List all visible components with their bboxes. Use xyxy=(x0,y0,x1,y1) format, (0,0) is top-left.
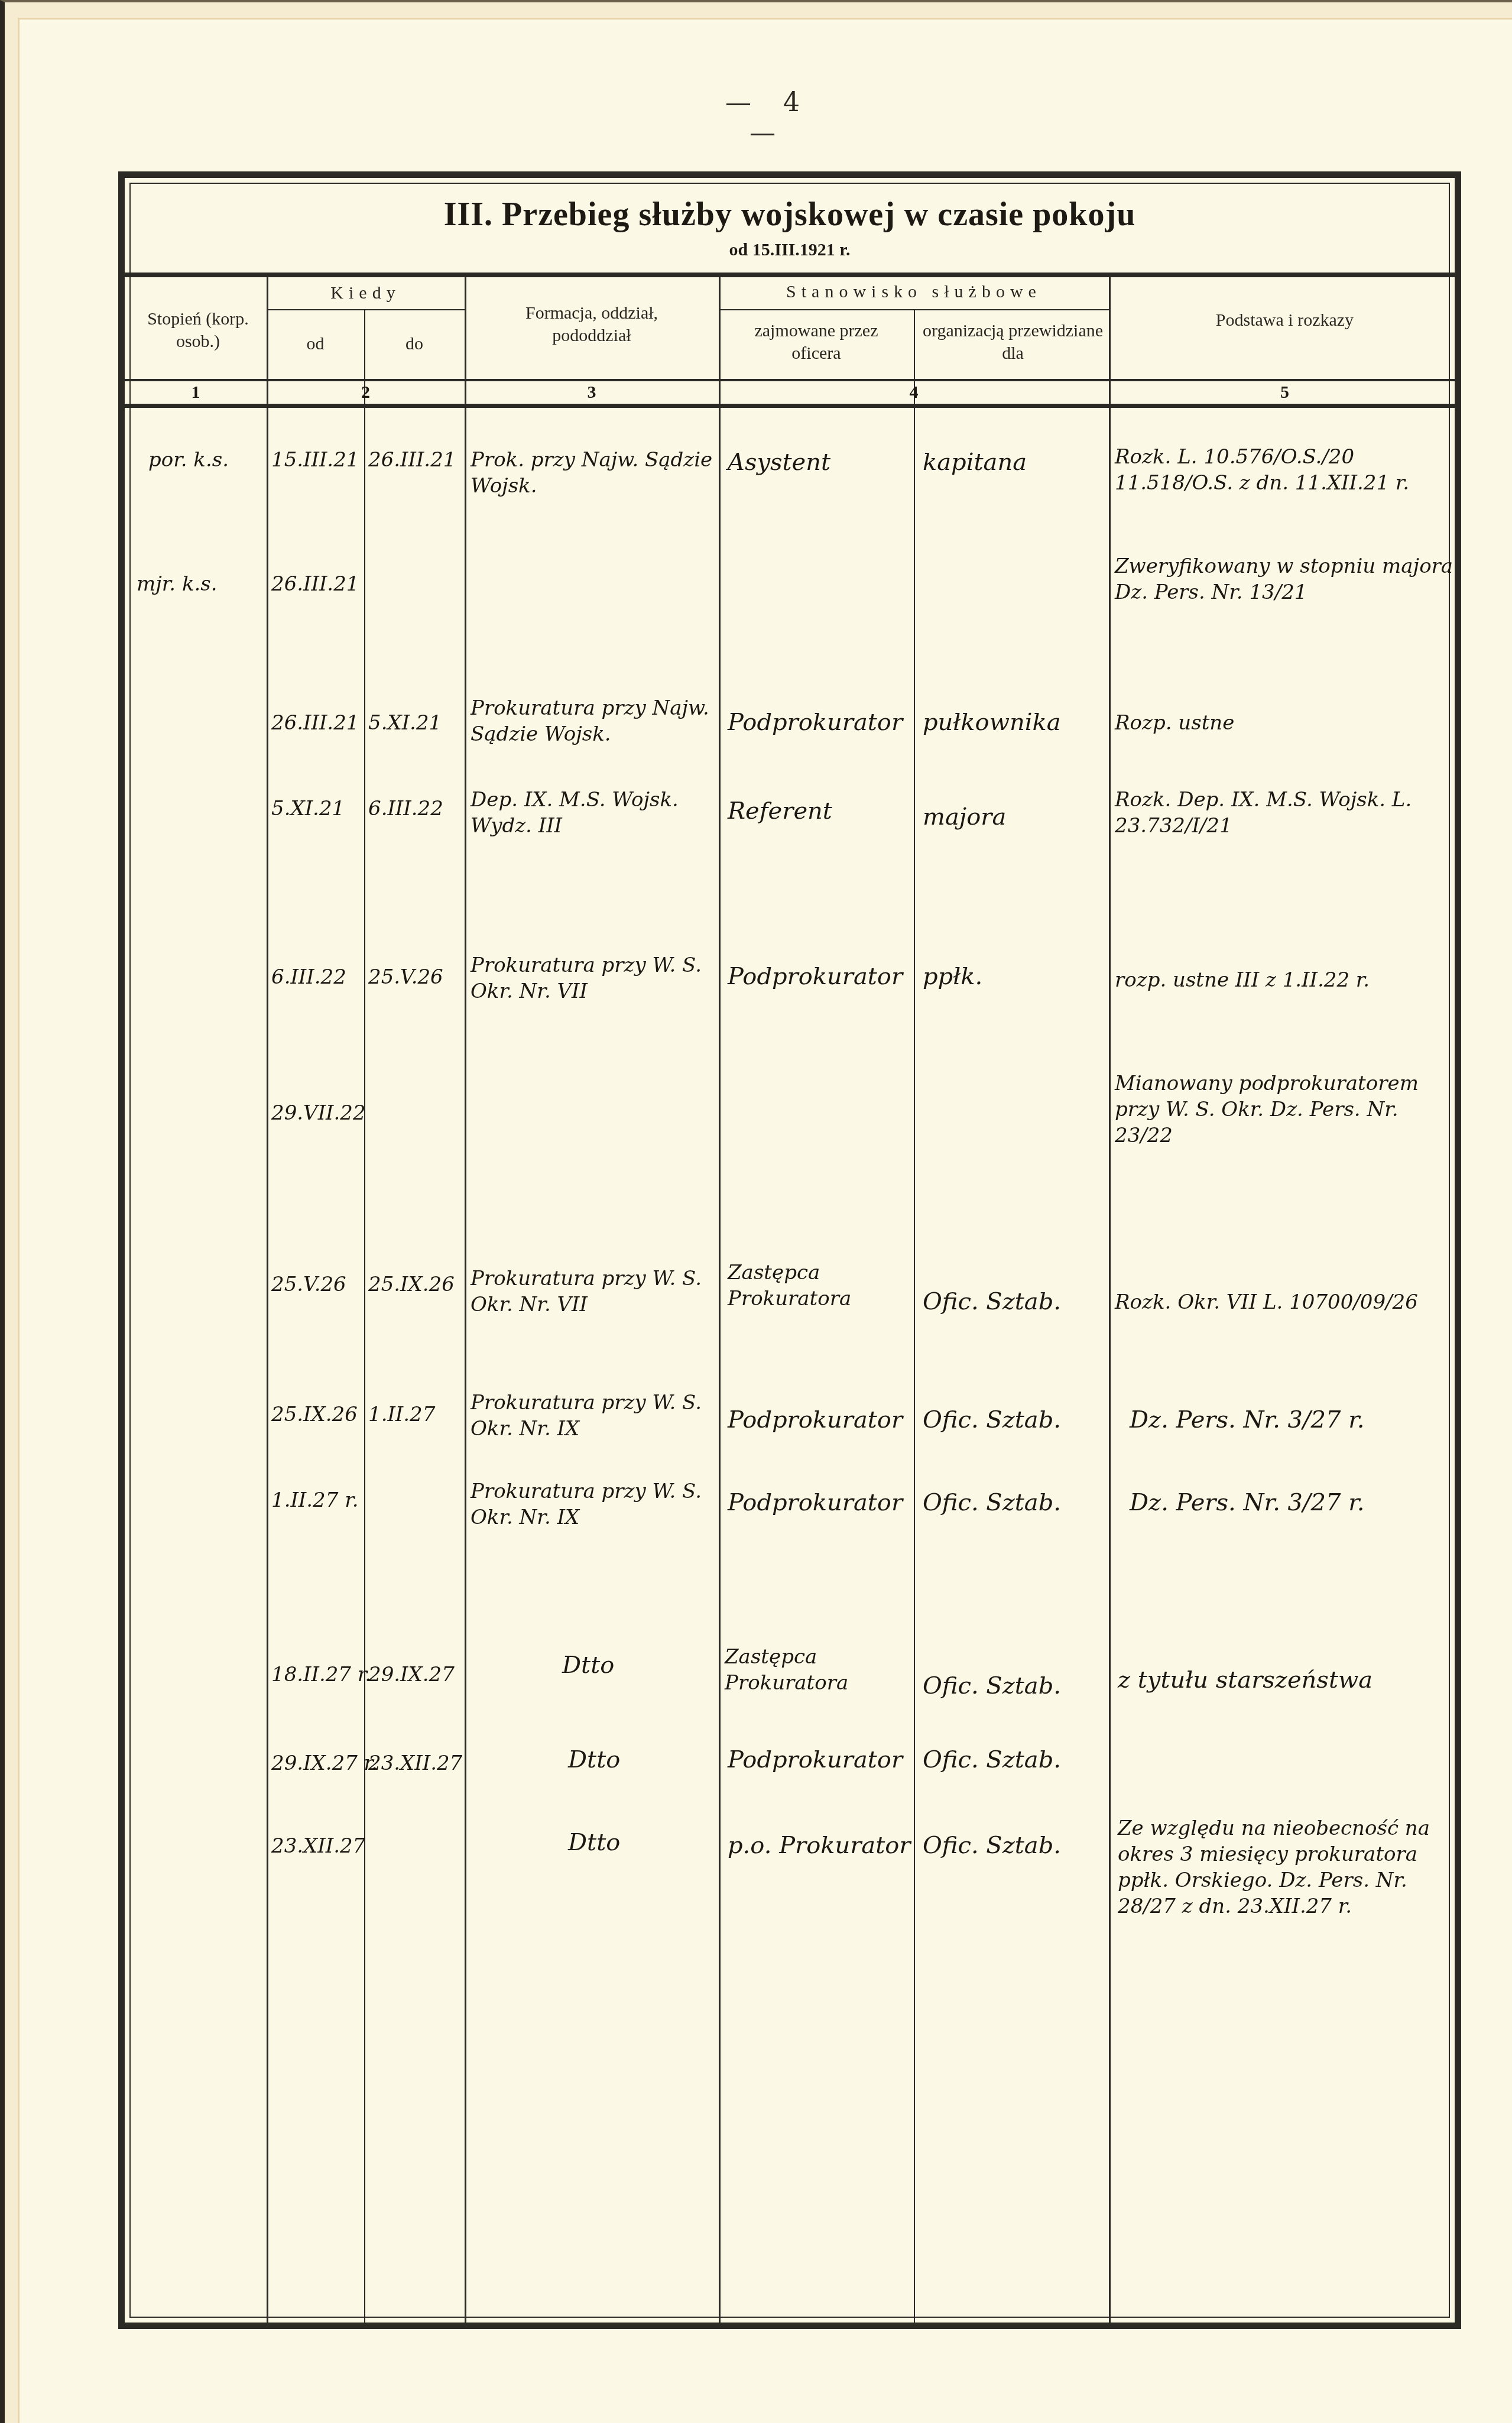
row-0-organizational: kapitana xyxy=(923,447,1027,478)
row-9-organizational: Ofic. Sztab. xyxy=(923,1671,1061,1701)
row-10-from: 29.IX.27 r. xyxy=(271,1750,378,1776)
row-11-organizational: Ofic. Sztab. xyxy=(923,1830,1061,1861)
row-0-basis: Rozk. L. 10.576/O.S./20 11.518/O.S. z dn… xyxy=(1115,444,1455,496)
row-4-organizational: ppłk. xyxy=(923,961,982,992)
row-1-from: 26.III.21 xyxy=(271,571,359,597)
header-organizational: organizacją przewidziane dla xyxy=(917,320,1109,365)
row-10-held: Podprokurator xyxy=(728,1744,903,1775)
row-3-to: 6.III.22 xyxy=(368,796,443,822)
row-3-basis: Rozk. Dep. IX. M.S. Wojsk. L. 23.732/I/2… xyxy=(1115,787,1455,839)
row-8-formation: Prokuratura przy W. S. Okr. Nr. IX xyxy=(471,1478,716,1530)
section-title: III. Przebieg służby wojskowej w czasie … xyxy=(125,196,1455,233)
row-2-to: 5.XI.21 xyxy=(368,710,442,736)
row-11-from: 23.XII.27 xyxy=(271,1833,365,1859)
row-8-basis: Dz. Pers. Nr. 3/27 r. xyxy=(1130,1487,1365,1518)
kiedy-sub-rule xyxy=(267,309,465,310)
header-to: do xyxy=(364,333,465,355)
row-7-formation: Prokuratura przy W. S. Okr. Nr. IX xyxy=(471,1390,716,1442)
row-0-to: 26.III.21 xyxy=(368,447,456,473)
row-7-held: Podprokurator xyxy=(728,1405,903,1435)
row-4-held: Podprokurator xyxy=(728,961,903,992)
header-when: Kiedy xyxy=(267,282,465,304)
colnum-1: 1 xyxy=(125,382,267,403)
col-line-4 xyxy=(719,275,721,2323)
header-formation: Formacja, oddział, pododdział xyxy=(491,302,692,347)
col-line-3 xyxy=(465,275,466,2323)
row-9-held: Zastępca Prokuratora xyxy=(725,1644,914,1696)
row-4-to: 25.V.26 xyxy=(368,964,443,990)
row-0-rank: por. k.s. xyxy=(148,447,229,473)
row-9-formation: Dtto xyxy=(562,1650,614,1681)
row-3-organizational: majora xyxy=(923,802,1006,832)
row-7-basis: Dz. Pers. Nr. 3/27 r. xyxy=(1130,1405,1365,1435)
row-9-basis: z tytułu starszeństwa xyxy=(1118,1665,1373,1695)
header-bottom-rule xyxy=(125,379,1455,381)
section-subtitle: od 15.III.1921 r. xyxy=(125,240,1455,260)
row-0-held: Asystent xyxy=(728,447,830,478)
row-9-to: 29.IX.27 xyxy=(368,1662,455,1688)
header-position: Stanowisko służbowe xyxy=(719,281,1109,303)
row-10-organizational: Ofic. Sztab. xyxy=(923,1744,1061,1775)
row-8-held: Podprokurator xyxy=(728,1487,903,1518)
row-1-basis: Zweryfikowany w stopniu majora Dz. Pers.… xyxy=(1115,553,1455,605)
row-11-basis: Ze względu na nieobecność na okres 3 mie… xyxy=(1118,1815,1455,1919)
row-2-held: Podprokurator xyxy=(728,707,903,738)
row-10-to: 23.XII.27 xyxy=(368,1750,462,1776)
row-2-organizational: pułkownika xyxy=(923,707,1061,738)
row-5-basis: Mianowany podprokuratorem przy W. S. Okr… xyxy=(1115,1071,1455,1149)
row-4-formation: Prokuratura przy W. S. Okr. Nr. VII xyxy=(471,952,716,1004)
row-6-formation: Prokuratura przy W. S. Okr. Nr. VII xyxy=(471,1266,716,1318)
row-11-formation: Dtto xyxy=(568,1827,620,1858)
header-from: od xyxy=(267,333,364,355)
row-2-basis: Rozp. ustne xyxy=(1115,710,1234,736)
row-7-to: 1.II.27 xyxy=(368,1402,435,1428)
column-number-rule xyxy=(125,404,1455,408)
col-line-2 xyxy=(364,309,365,2323)
row-0-from: 15.III.21 xyxy=(271,447,359,473)
row-9-from: 18.II.27 r. xyxy=(271,1662,371,1688)
page-number: — 4 — xyxy=(697,87,839,148)
row-10-formation: Dtto xyxy=(568,1744,620,1775)
row-2-formation: Prokuratura przy Najw. Sądzie Wojsk. xyxy=(471,695,716,747)
colnum-3: 3 xyxy=(465,382,719,403)
row-6-to: 25.IX.26 xyxy=(368,1271,455,1298)
row-7-from: 25.IX.26 xyxy=(271,1402,358,1428)
row-1-rank: mjr. k.s. xyxy=(137,571,218,597)
row-0-formation: Prok. przy Najw. Sądzie Wojsk. xyxy=(471,447,716,499)
row-6-from: 25.V.26 xyxy=(271,1271,346,1298)
table-inner-border xyxy=(129,183,1450,2318)
row-7-organizational: Ofic. Sztab. xyxy=(923,1405,1061,1435)
row-3-held: Referent xyxy=(728,796,832,826)
col-line-5 xyxy=(914,309,915,2323)
row-3-from: 5.XI.21 xyxy=(271,796,345,822)
title-block: III. Przebieg służby wojskowej w czasie … xyxy=(125,178,1455,273)
colnum-5: 5 xyxy=(1109,382,1461,403)
row-8-organizational: Ofic. Sztab. xyxy=(923,1487,1061,1518)
colnum-2: 2 xyxy=(267,382,465,403)
service-record-table: III. Przebieg służby wojskowej w czasie … xyxy=(118,171,1461,2329)
col-line-1 xyxy=(267,275,268,2323)
row-6-held: Zastępca Prokuratora xyxy=(728,1260,911,1312)
row-5-from: 29.VII.22 xyxy=(271,1100,366,1126)
row-4-from: 6.III.22 xyxy=(271,964,346,990)
row-8-from: 1.II.27 r. xyxy=(271,1487,359,1513)
header-top-rule xyxy=(125,273,1455,277)
header-basis: Podstawa i rozkazy xyxy=(1109,309,1461,332)
row-6-basis: Rozk. Okr. VII L. 10700/09/26 xyxy=(1115,1289,1418,1315)
header-rank: Stopień (korp. osob.) xyxy=(131,308,265,353)
header-held-by-officer: zajmowane przez oficera xyxy=(745,320,887,365)
row-3-formation: Dep. IX. M.S. Wojsk. Wydz. III xyxy=(471,787,716,839)
col-line-6 xyxy=(1109,275,1111,2323)
row-4-basis: rozp. ustne III z 1.II.22 r. xyxy=(1115,967,1370,993)
row-2-from: 26.III.21 xyxy=(271,710,359,736)
row-6-organizational: Ofic. Sztab. xyxy=(923,1286,1061,1317)
colnum-4: 4 xyxy=(719,382,1109,403)
row-11-held: p.o. Prokurator xyxy=(728,1830,911,1861)
